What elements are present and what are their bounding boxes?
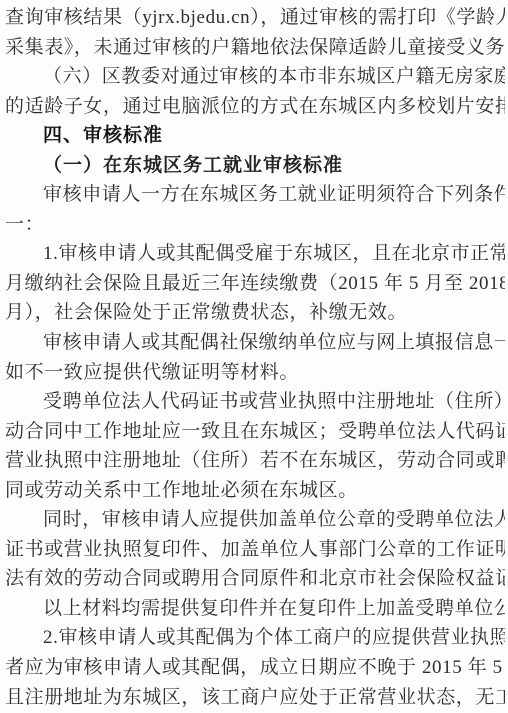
text-line: 月），社会保险处于正常缴费状态，补缴无效。 [5,298,505,328]
text-line: 审核申请人一方在东城区务工就业证明须符合下列条件之 [5,180,505,210]
text-line: 法有效的劳动合同或聘用合同原件和北京市社会保险权益记录。 [5,564,505,594]
text-line: 查询审核结果（yjrx.bjedu.cn），通过审核的需打印《学龄人口信息 [5,3,505,33]
text-line: 采集表》，未通过审核的户籍地依法保障适龄儿童接受义务教育 [5,33,505,63]
text-line: （六）区教委对通过审核的本市非东城区户籍无房家庭承租人 [5,62,505,92]
text-line: 一： [5,210,505,240]
text-line: 的适龄子女，通过电脑派位的方式在东城区内多校划片安排入学。 [5,92,505,122]
text-line: 如不一致应提供代缴证明等材料。 [5,358,505,388]
text-line: 受聘单位法人代码证书或营业执照中注册地址（住所）与劳 [5,387,505,417]
text-line: 且注册地址为东城区，该工商户应处于正常营业状态，无工商违 [5,683,505,713]
text-line: 审核申请人或其配偶社保缴纳单位应与网上填报信息一致， [5,328,505,358]
text-line: 同或劳动关系中工作地址必须在东城区。 [5,476,505,506]
text-line: 证书或营业执照复印件、加盖单位人事部门公章的工作证明、合 [5,535,505,565]
text-line: 动合同中工作地址应一致且在东城区；受聘单位法人代码证书或 [5,417,505,447]
text-line: 者应为审核申请人或其配偶，成立日期应不晚于 2015 年 5 月 1 日 [5,653,505,683]
text-line: 同时，审核申请人应提供加盖单位公章的受聘单位法人代码 [5,505,505,535]
subsection-heading: （一）在东城区务工就业审核标准 [5,151,505,181]
section-heading: 四、审核标准 [5,121,505,151]
text-line: 月缴纳社会保险且最近三年连续缴费（2015 年 5 月至 2018 年 4 [5,269,505,299]
text-line: 2.审核申请人或其配偶为个体工商户的应提供营业执照，经营 [5,623,505,653]
text-line: 营业执照中注册地址（住所）若不在东城区，劳动合同或聘用合 [5,446,505,476]
text-line: 1.审核申请人或其配偶受雇于东城区，且在北京市正常连续按 [5,239,505,269]
text-line: 以上材料均需提供复印件并在复印件上加盖受聘单位公章。 [5,594,505,624]
document-page: 查询审核结果（yjrx.bjedu.cn），通过审核的需打印《学龄人口信息 采集… [0,0,508,713]
